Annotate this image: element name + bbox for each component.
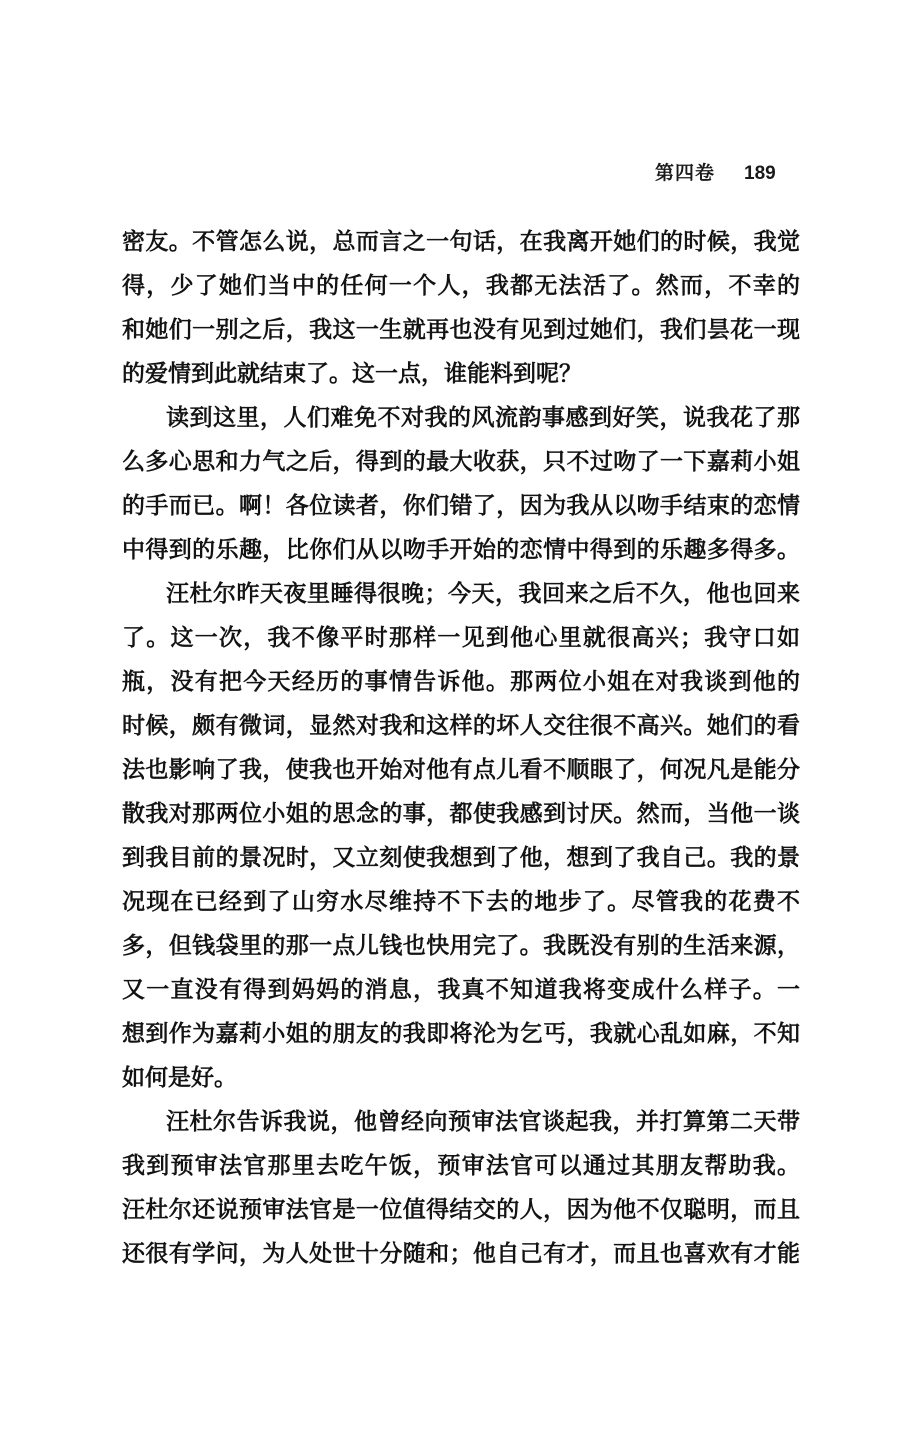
paragraph: 密友。不管怎么说，总而言之一句话，在我离开她们的时候，我觉得，少了她们当中的任何… <box>122 220 800 396</box>
text-line: 得，少了她们当中的任何一个人，我都无法活了。然而，不幸的是， <box>122 264 800 308</box>
text-line: 散我对那两位小姐的思念的事，都使我感到讨厌。然而，当他一谈 <box>122 792 800 836</box>
text-line: 时候，颇有微词，显然对我和这样的坏人交往很不高兴。她们的看 <box>122 704 800 748</box>
text-line: 又一直没有得到妈妈的消息，我真不知道我将变成什么样子。一 <box>122 968 800 1012</box>
text-line: 汪杜尔昨天夜里睡得很晚；今天，我回来之后不久，他也回来 <box>122 572 800 616</box>
paragraph: 汪杜尔告诉我说，他曾经向预审法官谈起我，并打算第二天带我到预审法官那里去吃午饭，… <box>122 1100 800 1276</box>
text-line: 法也影响了我，使我也开始对他有点儿看不顺眼了，何况凡是能分 <box>122 748 800 792</box>
paragraph: 汪杜尔昨天夜里睡得很晚；今天，我回来之后不久，他也回来了。这一次，我不像平时那样… <box>122 572 800 1100</box>
running-head: 第四卷189 <box>655 162 776 186</box>
volume-title: 第四卷 <box>655 163 715 184</box>
text-line: 的手而已。啊！各位读者，你们错了，因为我从以吻手结束的恋情 <box>122 484 800 528</box>
text-line: 想到作为嘉莉小姐的朋友的我即将沦为乞丐，我就心乱如麻，不知 <box>122 1012 800 1056</box>
text-line: 汪杜尔还说预审法官是一位值得结交的人，因为他不仅聪明，而且 <box>122 1188 800 1232</box>
text-line: 么多心思和力气之后，得到的最大收获，只不过吻了一下嘉莉小姐 <box>122 440 800 484</box>
text-line: 瓶，没有把今天经历的事情告诉他。那两位小姐在对我谈到他的 <box>122 660 800 704</box>
text-line: 中得到的乐趣，比你们从以吻手开始的恋情中得到的乐趣多得多。 <box>122 528 800 572</box>
text-line: 密友。不管怎么说，总而言之一句话，在我离开她们的时候，我觉 <box>122 220 800 264</box>
text-line: 汪杜尔告诉我说，他曾经向预审法官谈起我，并打算第二天带 <box>122 1100 800 1144</box>
book-page: 第四卷189 密友。不管怎么说，总而言之一句话，在我离开她们的时候，我觉得，少了… <box>0 0 920 1437</box>
text-line: 到我目前的景况时，又立刻使我想到了他，想到了我自己。我的景 <box>122 836 800 880</box>
text-line: 还很有学问，为人处世十分随和；他自己有才，而且也喜欢有才能 <box>122 1232 800 1276</box>
text-line: 和她们一别之后，我这一生就再也没有见到过她们，我们昙花一现 <box>122 308 800 352</box>
text-line: 了。这一次，我不像平时那样一见到他心里就很高兴；我守口如 <box>122 616 800 660</box>
text-line: 读到这里，人们难免不对我的风流韵事感到好笑，说我花了那 <box>122 396 800 440</box>
body-text: 密友。不管怎么说，总而言之一句话，在我离开她们的时候，我觉得，少了她们当中的任何… <box>122 220 800 1276</box>
text-line: 如何是好。 <box>122 1056 800 1100</box>
text-line: 况现在已经到了山穷水尽维持不下去的地步了。尽管我的花费不 <box>122 880 800 924</box>
page-number: 189 <box>744 163 776 184</box>
text-line: 我到预审法官那里去吃午饭，预审法官可以通过其朋友帮助我。 <box>122 1144 800 1188</box>
text-line: 多，但钱袋里的那一点儿钱也快用完了。我既没有别的生活来源， <box>122 924 800 968</box>
paragraph: 读到这里，人们难免不对我的风流韵事感到好笑，说我花了那么多心思和力气之后，得到的… <box>122 396 800 572</box>
text-line: 的爱情到此就结束了。这一点，谁能料到呢？ <box>122 352 800 396</box>
